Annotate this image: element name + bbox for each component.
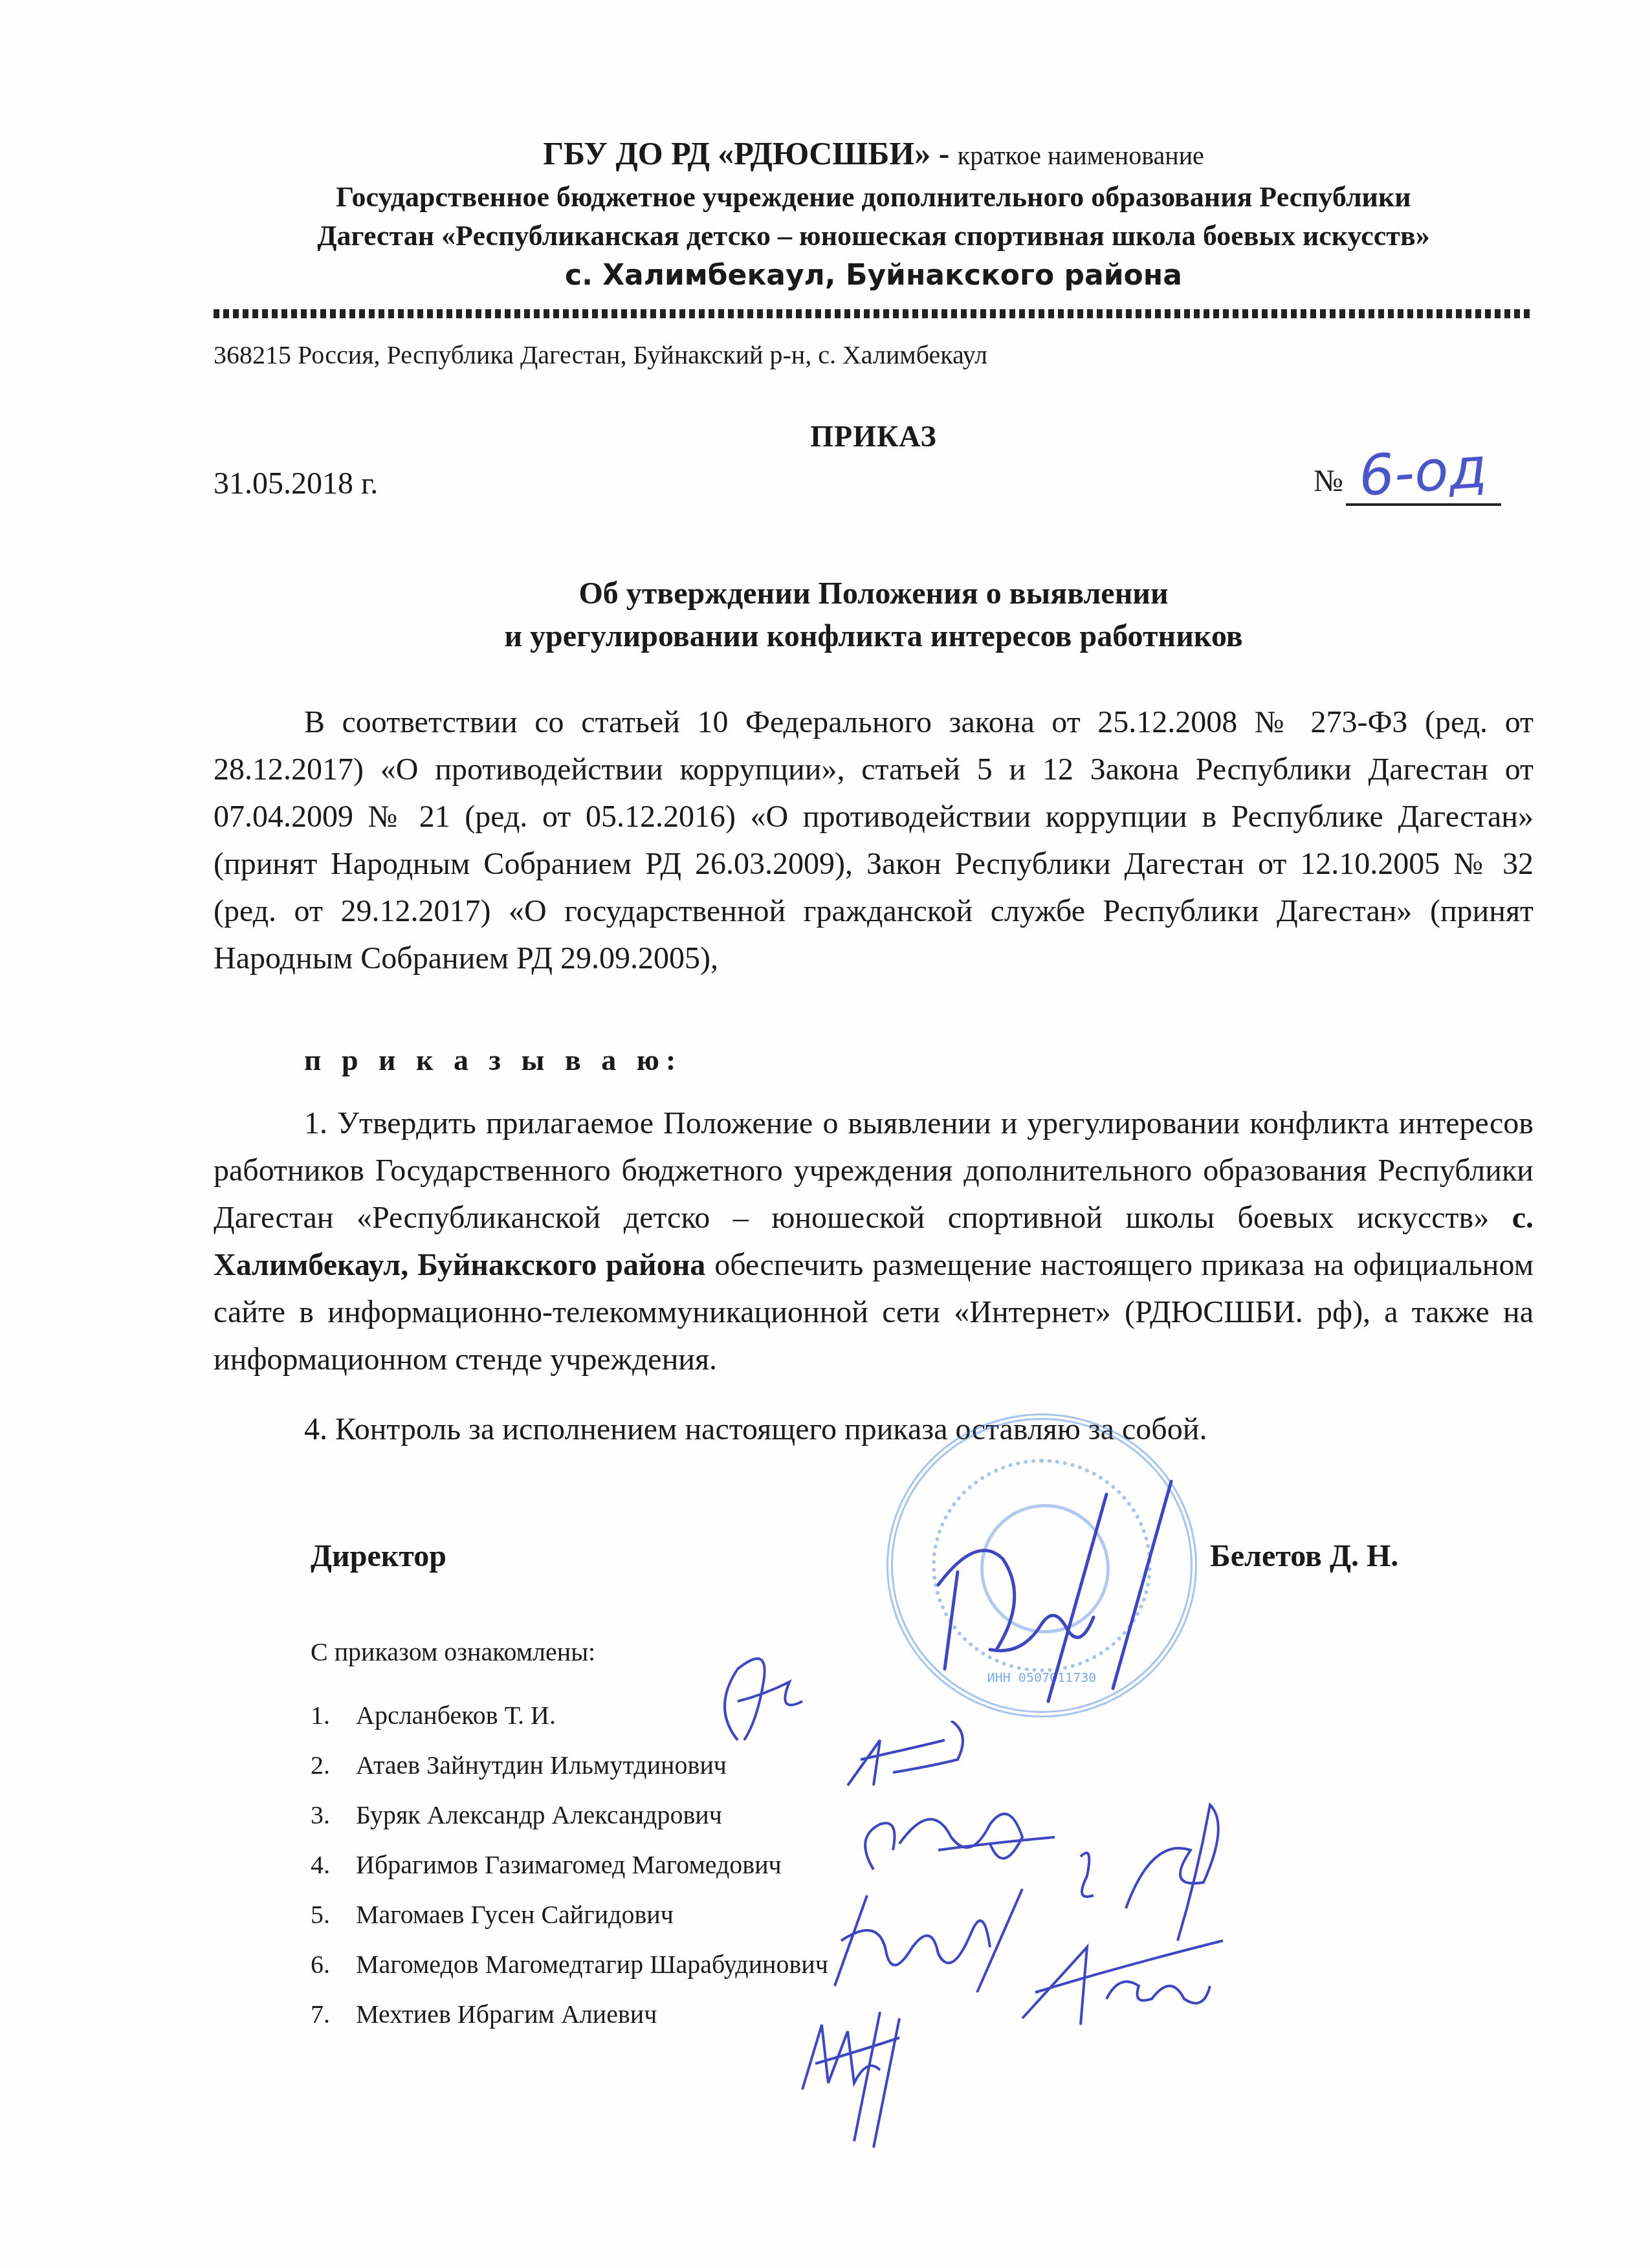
list-item: 5.Магомаев Гусен Сайгидович bbox=[311, 1899, 828, 1948]
item-number: 2. bbox=[311, 1749, 356, 1782]
employee-name: Арсланбеков Т. И. bbox=[356, 1701, 556, 1730]
employee-name: Мехтиев Ибрагим Алиевич bbox=[356, 2000, 657, 2029]
item-1-text-a: 1. Утвердить прилагаемое Положение о выя… bbox=[214, 1106, 1534, 1235]
short-name-note: краткое наименование bbox=[958, 141, 1204, 170]
director-signature-icon bbox=[919, 1456, 1242, 1714]
document-page: ГБУ ДО РД «РДЮСШБИ» - краткое наименован… bbox=[0, 0, 1650, 2268]
employee-signature-6 bbox=[1009, 1928, 1229, 2031]
employee-signature-4 bbox=[1061, 1798, 1229, 1947]
subject-line-2: и урегулировании конфликта интересов раб… bbox=[194, 615, 1553, 658]
full-name-line-2: Дагестан «Республиканская детско – юноше… bbox=[194, 217, 1553, 256]
letterhead-address: 368215 Россия, Республика Дагестан, Буйн… bbox=[214, 340, 987, 370]
item-number: 5. bbox=[311, 1899, 356, 1931]
letterhead-full-name: Государственное бюджетное учреждение доп… bbox=[194, 178, 1553, 256]
full-name-line-1: Государственное бюджетное учреждение доп… bbox=[194, 178, 1553, 217]
order-date: 31.05.2018 г. bbox=[214, 466, 378, 501]
item-1-paragraph: 1. Утвердить прилагаемое Положение о выя… bbox=[214, 1100, 1534, 1383]
employee-signature-3 bbox=[854, 1785, 1061, 1882]
short-name: ГБУ ДО РД «РДЮСШБИ» - bbox=[543, 135, 949, 171]
item-number: 1. bbox=[311, 1699, 356, 1732]
item-number: 7. bbox=[311, 1998, 356, 2031]
item-number: 6. bbox=[311, 1948, 356, 1981]
employee-signature-5 bbox=[828, 1876, 1029, 1992]
order-number-handwritten: 6-од bbox=[1357, 435, 1489, 509]
acknowledgement-title: С приказом ознакомлены: bbox=[311, 1637, 595, 1667]
employee-name: Магомаев Гусен Сайгидович bbox=[356, 1900, 674, 1929]
list-item: 2.Атаев Зайнутдин Ильмутдинович bbox=[311, 1749, 828, 1799]
employee-name: Ибрагимов Газимагомед Магомедович bbox=[356, 1850, 782, 1879]
order-directive-word: п р и к а з ы в а ю: bbox=[304, 1043, 682, 1077]
list-item: 6.Магомедов Магомедтагир Шарабудинович bbox=[311, 1948, 828, 1998]
letterhead-location: с. Халимбекаул, Буйнакского района bbox=[194, 259, 1553, 292]
signatory-position: Директор bbox=[311, 1538, 446, 1574]
employee-name: Буряк Александр Александрович bbox=[356, 1800, 722, 1829]
acknowledgement-list: 1.Арсланбеков Т. И. 2.Атаев Зайнутдин Ил… bbox=[311, 1699, 828, 2048]
item-number: 3. bbox=[311, 1799, 356, 1831]
list-item: 4.Ибрагимов Газимагомед Магомедович bbox=[311, 1849, 828, 1899]
signatory-name: Белетов Д. Н. bbox=[1210, 1538, 1398, 1574]
employee-name: Магомедов Магомедтагир Шарабудинович bbox=[356, 1950, 828, 1979]
order-subject: Об утверждении Положения о выявлении и у… bbox=[194, 572, 1553, 658]
order-number-label: № bbox=[1314, 463, 1343, 499]
preamble-paragraph: В соответствии со статьей 10 Федеральног… bbox=[214, 699, 1534, 982]
employee-signature-1 bbox=[699, 1643, 828, 1747]
director-signature bbox=[919, 1456, 1242, 1714]
employee-name: Атаев Зайнутдин Ильмутдинович bbox=[356, 1750, 727, 1780]
letterhead-short-name: ГБУ ДО РД «РДЮСШБИ» - краткое наименован… bbox=[194, 135, 1553, 172]
subject-line-1: Об утверждении Положения о выявлении bbox=[194, 572, 1553, 615]
dashed-divider bbox=[214, 309, 1534, 318]
item-number: 4. bbox=[311, 1849, 356, 1881]
employee-signature-7 bbox=[789, 2012, 932, 2148]
list-item: 7.Мехтиев Ибрагим Алиевич bbox=[311, 1998, 828, 2048]
list-item: 3.Буряк Александр Александрович bbox=[311, 1799, 828, 1849]
document-title: ПРИКАЗ bbox=[194, 419, 1553, 453]
